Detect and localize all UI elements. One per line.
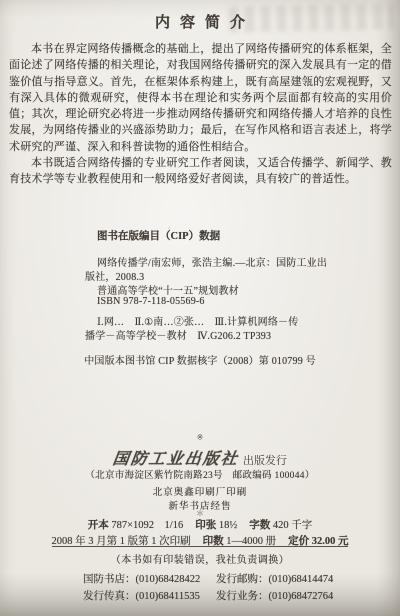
intro-section: 本书在界定网络传播概念的基础上，提出了网络传播研究的体系框架，全面论述了网络传播…	[9, 41, 392, 188]
page-title: 内容简介	[0, 11, 400, 32]
section-mark: ※	[0, 433, 400, 442]
format-value-size: 787×1092 1/16	[111, 520, 183, 531]
cip-record-number: 中国版本图书馆 CIP 数据核字（2008）第 010799 号	[0, 352, 400, 367]
contact-mail-order: 发行邮购：(010)68414474	[216, 571, 333, 586]
cip-line: 普通高等学校“十一五”规划教材	[97, 282, 239, 297]
publisher-name-script: 国防工业出版社	[111, 446, 240, 469]
book-copyright-page: 内容简介 本书在界定网络传播概念的基础上，提出了网络传播研究的体系框架，全面论述…	[0, 0, 400, 616]
format-value-sheets: 18½	[219, 520, 237, 531]
publisher-suffix: 出版发行	[243, 455, 287, 467]
contact-bookstore: 国防书店：(010)68428422	[83, 571, 200, 586]
publisher-line: 国防工业出版社出版发行	[0, 446, 400, 469]
intro-paragraph-1: 本书在界定网络传播概念的基础上，提出了网络传播研究的体系框架，全面论述了网络传播…	[9, 41, 392, 155]
printer-line: 北京奥鑫印刷厂印刷	[0, 484, 400, 498]
cip-header: 图书在版编目（CIP）数据	[97, 228, 220, 243]
publisher-address: （北京市海淀区紫竹院南路23号 邮政编码 100044）	[0, 467, 400, 481]
cip-isbn: ISBN 978-7-118-05569-6	[97, 296, 205, 307]
format-label-zishu: 字数	[249, 520, 270, 531]
format-label-yinzhang: 印张	[195, 520, 216, 531]
misprint-notice: （本书如有印装错误，我社负责调换）	[0, 551, 400, 566]
cip-classification-line-1: Ⅰ.网… Ⅱ.①南…②张… Ⅲ.计算机网络－传	[97, 313, 298, 328]
cip-classification-line-2: 播学－高等学校－教材 Ⅳ.G206.2 TP393	[85, 327, 271, 342]
cip-line: 版社，2008.3	[85, 268, 144, 283]
format-value-words: 420 千字	[273, 520, 312, 531]
format-line: 开本 787×1092 1/16印张 18½字数 420 千字	[0, 517, 400, 532]
horizontal-rule	[52, 546, 348, 547]
intro-paragraph-2: 本书既适合网络传播的专业研究工作者阅读，又适合传播学、新闻学、教育技术学等专业教…	[9, 155, 392, 188]
contact-fax: 发行传真：(010)68411535	[83, 588, 200, 603]
cip-line: 网络传播学/南宏师，张浩主编.—北京：国防工业出	[97, 254, 327, 269]
format-label-kaiben: 开本	[88, 520, 109, 531]
contact-sales: 发行业务：(010)68472764	[216, 588, 333, 603]
